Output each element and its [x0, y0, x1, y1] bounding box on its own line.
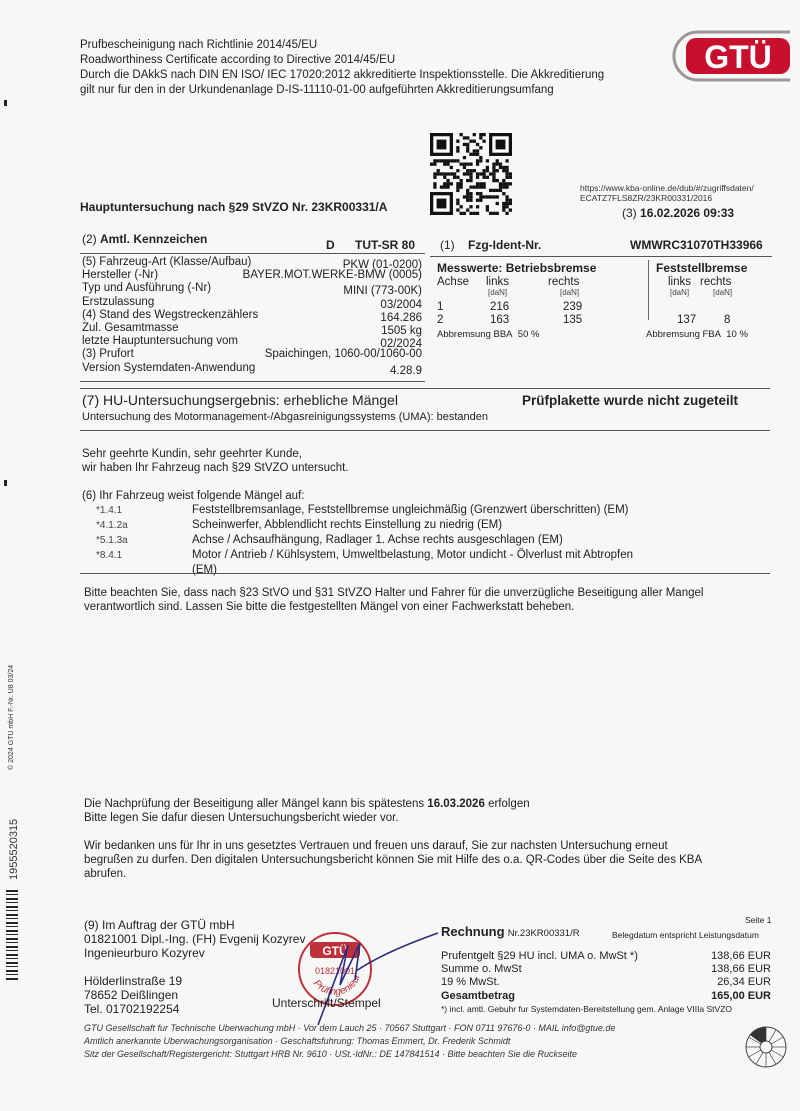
- vehicle-field-value: Spaichingen, 1060-00/1060-00: [265, 348, 422, 361]
- vehicle-field-label: letzte Hauptuntersuchung vom: [82, 335, 238, 348]
- uma-result: Untersuchung des Motormanagement-/Abgasr…: [82, 410, 488, 424]
- footer-line-2: Amtlich anerkannte Uberwachungsorganisat…: [84, 1035, 615, 1048]
- header-line-3: Durch die DAkkS nach DIN EN ISO/ IEC 170…: [80, 68, 604, 83]
- thanks-line-1: Wir bedanken uns für Ihr in uns gesetzte…: [84, 839, 668, 853]
- kba-url[interactable]: https://www.kba-online.de/dub/#/zugriffs…: [580, 183, 754, 203]
- vehicle-field: Typ und Ausführung (-Nr)MINI (773-00K): [82, 282, 422, 295]
- invoice-line: Prufentgelt §29 HU incl. UMA o. MwSt *)1…: [441, 950, 771, 962]
- defects-title: (6) Ihr Fahrzeug weist folgende Mängel a…: [82, 489, 304, 503]
- defect-text: Achse / Achsaufhängung, Radlager 1. Achs…: [192, 534, 563, 546]
- result-title: (7) HU-Untersuchungsergebnis: erhebliche…: [82, 392, 398, 408]
- inspection-date-value: 16.02.2026 09:33: [640, 206, 734, 220]
- vehicle-field: Erstzulassung03/2004: [82, 296, 422, 309]
- service-row-right: 135: [563, 313, 582, 327]
- sticker-status: Prüfplakette wurde nicht zugeteilt: [522, 393, 738, 409]
- svg-text:GTÜ: GTÜ: [704, 39, 772, 75]
- service-row-axle: 2: [437, 313, 443, 327]
- gtu-logo: GTÜ: [668, 28, 792, 84]
- thanks-line-2: begrußen zu durfen. Den digitalen Unters…: [84, 853, 702, 867]
- vehicle-field: Hersteller (-Nr)BAYER.MOT.WERKE-BMW (000…: [82, 269, 422, 282]
- parking-brake-title: Feststellbremse: [656, 261, 747, 275]
- vehicle-field-value: BAYER.MOT.WERKE-BMW (0005): [243, 269, 422, 282]
- fba: Abbremsung FBA 10 %: [646, 328, 748, 342]
- vehicle-field: (4) Stand des Wegstreckenzählers164.286: [82, 309, 422, 322]
- qr-code[interactable]: [430, 133, 512, 215]
- header-line-2: Roadworthiness Certificate according to …: [80, 53, 604, 68]
- defect-code: *4.1.2a: [82, 519, 192, 533]
- vehicle-field-label: Typ und Ausführung (-Nr): [82, 282, 211, 295]
- kba-url-line-1: https://www.kba-online.de/dub/#/zugriffs…: [580, 183, 754, 193]
- service-row-left: 216: [490, 300, 509, 314]
- inspection-date: (3) 16.02.2026 09:33: [622, 206, 734, 220]
- defect-item: *4.1.2aScheinwerfer, Abblendlicht rechts…: [82, 518, 633, 533]
- inspector-line-1: (9) Im Auftrag der GTÜ mbH: [84, 918, 305, 932]
- intro: wir haben Ihr Fahrzeug nach §29 StVZO un…: [82, 461, 349, 475]
- divider: [80, 430, 770, 431]
- footer-line-1: GTU Gesellschaft fur Technische Uberwach…: [84, 1022, 615, 1035]
- signature: [300, 925, 440, 1035]
- invoice-line-label: Prufentgelt §29 HU incl. UMA o. MwSt *): [441, 950, 638, 962]
- service-row-right: 239: [563, 300, 582, 314]
- punch-mark: [4, 100, 7, 106]
- vehicle-field-label: (3) Prufort: [82, 348, 134, 361]
- vehicle-field-label: Hersteller (-Nr): [82, 269, 158, 282]
- bba: Abbremsung BBA 50 %: [437, 328, 539, 342]
- inspection-disc-icon: [744, 1025, 788, 1069]
- ident-value: WMWRC31070TH33966: [630, 238, 763, 252]
- notice-line-2: verantwortlich sind. Lassen Sie bitte di…: [84, 600, 574, 614]
- vehicle-field: letzte Hauptuntersuchung vom02/2024: [82, 335, 422, 348]
- defect-code: *5.1.3a: [82, 534, 192, 548]
- inspector-line-2: 01821001 Dipl.-Ing. (FH) Evgenij Kozyrev: [84, 932, 305, 946]
- vehicle-field: Version Systemdaten-Anwendung4.28.9: [82, 362, 422, 375]
- inspection-title: Hauptuntersuchung nach §29 StVZO Nr. 23K…: [80, 200, 387, 214]
- header-line-1: Prufbescheinigung nach Richtlinie 2014/4…: [80, 38, 604, 53]
- vehicle-field-label: (5) Fahrzeug-Art (Klasse/Aufbau): [82, 256, 251, 269]
- col-service-right: rechts: [548, 275, 579, 289]
- brake-divider: [648, 260, 649, 320]
- unit-label: [daN]: [488, 288, 507, 297]
- recheck-line-2: Bitte legen Sie dafur diesen Untersuchun…: [84, 811, 399, 825]
- parking-row-left: 137: [677, 313, 696, 327]
- vehicle-field-label: (4) Stand des Wegstreckenzählers: [82, 309, 258, 322]
- defect-item: *5.1.3aAchse / Achsaufhängung, Radlager …: [82, 533, 633, 548]
- footer-line-3: Sitz der Gesellschaft/Registergericht: S…: [84, 1048, 615, 1061]
- ident-label: (1) Fzg-Ident-Nr.: [440, 238, 541, 252]
- kba-url-line-2: ECATZ7FLS8ZR/23KR00331/2016: [580, 193, 754, 203]
- invoice-title: Rechnung Nr.23KR00331/R: [441, 925, 580, 941]
- divider: [430, 256, 772, 257]
- invoice-total: Gesamtbetrag 165,00 EUR: [441, 990, 771, 1002]
- invoice-line-value: 138,66 EUR: [711, 950, 771, 962]
- unit-label: [daN]: [670, 288, 689, 297]
- vehicle-field: (3) PrufortSpaichingen, 1060-00/1060-00: [82, 348, 422, 361]
- notice-line-1: Bitte beachten Sie, dass nach §23 StVO u…: [84, 586, 703, 600]
- barcode: [6, 890, 18, 980]
- vehicle-field-label: Erstzulassung: [82, 296, 154, 309]
- col-parking-left: links: [668, 275, 691, 289]
- service-row-axle: 1: [437, 300, 443, 314]
- unit-label: [daN]: [560, 288, 579, 297]
- punch-mark: [4, 480, 7, 486]
- col-axle: Achse: [437, 275, 469, 289]
- plate-label: (2) Amtl. Kennzeichen: [82, 232, 207, 246]
- service-brake-title: Messwerte: Betriebsbremse: [437, 261, 596, 275]
- invoice-line: Summe o. MwSt138,66 EUR: [441, 963, 771, 975]
- divider: [80, 381, 425, 382]
- defect-item: *8.4.1Motor / Antrieb / Kühlsystem, Umwe…: [82, 548, 633, 563]
- recheck-line: Die Nachprüfung der Beseitigung aller Mä…: [84, 797, 530, 811]
- unit-label: [daN]: [713, 288, 732, 297]
- divider: [80, 253, 425, 254]
- divider: [80, 388, 770, 389]
- invoice-line-value: 26,34 EUR: [717, 976, 771, 988]
- invoice-line: 19 % MwSt.26,34 EUR: [441, 976, 771, 988]
- service-row-left: 163: [490, 313, 509, 327]
- defect-code: *1.4.1: [82, 504, 192, 518]
- certificate-header: Prufbescheinigung nach Richtlinie 2014/4…: [80, 38, 604, 98]
- vehicle-field-label: Version Systemdaten-Anwendung: [82, 362, 255, 375]
- vehicle-field-value: 4.28.9: [390, 365, 422, 378]
- defect-text: Feststellbremsanlage, Feststellbremse un…: [192, 504, 629, 516]
- vehicle-field: Zul. Gesamtmasse1505 kg: [82, 322, 422, 335]
- recheck-date: 16.03.2026: [427, 798, 485, 810]
- company-footer: GTU Gesellschaft fur Technische Uberwach…: [84, 1022, 615, 1061]
- divider: [80, 573, 770, 574]
- defects-list: *1.4.1Feststellbremsanlage, Feststellbre…: [82, 503, 633, 577]
- serial-number: 1955520315: [8, 819, 20, 880]
- vehicle-field: (5) Fahrzeug-Art (Klasse/Aufbau)PKW (01-…: [82, 256, 422, 269]
- plate-value: TUT-SR 80: [355, 238, 415, 252]
- inspector-street: Hölderlinstraße 19: [84, 974, 305, 988]
- thanks-line-3: abrufen.: [84, 867, 126, 881]
- col-service-left: links: [486, 275, 509, 289]
- parking-row-right: 8: [724, 313, 730, 327]
- defect-text: (EM): [192, 564, 217, 576]
- vehicle-field-label: Zul. Gesamtmasse: [82, 322, 179, 335]
- defect-text: Scheinwerfer, Abblendlicht rechts Einste…: [192, 519, 502, 531]
- greeting: Sehr geehrte Kundin, sehr geehrter Kunde…: [82, 447, 302, 461]
- invoice-date-note: Belegdatum entspricht Leistungsdatum: [612, 928, 759, 942]
- copyright-print: © 2024 GTU mbH F.-Nr. U8 03/24: [8, 665, 15, 770]
- invoice-line-label: 19 % MwSt.: [441, 976, 500, 988]
- defect-item: *1.4.1Feststellbremsanlage, Feststellbre…: [82, 503, 633, 518]
- inspector-line-3: Ingenieurburo Kozyrev: [84, 946, 305, 960]
- page-number: Seite 1: [745, 913, 771, 927]
- col-parking-right: rechts: [700, 275, 731, 289]
- defect-item: (EM): [82, 563, 633, 577]
- invoice-footnote: *) incl. amtl. Gebuhr fur Systemdaten-Be…: [441, 1002, 732, 1016]
- plate-country: D: [326, 238, 335, 252]
- invoice-line-value: 138,66 EUR: [711, 963, 771, 975]
- signature-label: Unterschrift/Stempel: [272, 996, 381, 1010]
- defect-text: Motor / Antrieb / Kühlsystem, Umweltbela…: [192, 549, 633, 561]
- invoice-number: Nr.23KR00331/R: [508, 928, 580, 939]
- defect-code: *8.4.1: [82, 549, 192, 563]
- invoice-line-label: Summe o. MwSt: [441, 963, 522, 975]
- header-line-4: gilt nur fur den in der Urkundenanlage D…: [80, 83, 604, 98]
